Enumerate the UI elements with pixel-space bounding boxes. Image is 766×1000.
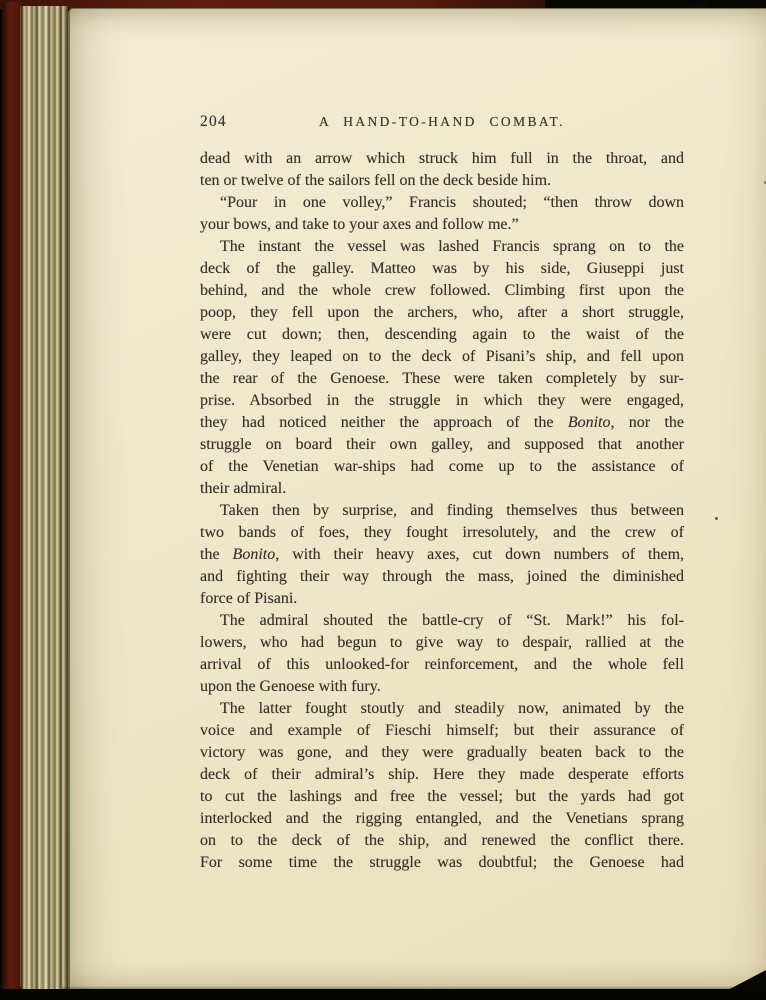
text-line: dead with an arrow which struck him full… bbox=[200, 148, 684, 170]
text-line: The admiral shouted the battle-cry of “S… bbox=[200, 610, 684, 632]
page-text-block: 204 A HAND-TO-HAND COMBAT. dead with an … bbox=[200, 113, 684, 874]
text-line: the Bonito, with their heavy axes, cut d… bbox=[200, 544, 684, 566]
text-line: For some time the struggle was doubtful;… bbox=[200, 852, 684, 874]
background-bottom bbox=[0, 989, 766, 1000]
text-line: of the Venetian war-ships had come up to… bbox=[200, 456, 684, 478]
text-line: they had noticed neither the approach of… bbox=[200, 412, 684, 434]
text-line: interlocked and the rigging entangled, a… bbox=[200, 808, 684, 830]
text-line: lowers, who had begun to give way to des… bbox=[200, 632, 684, 654]
running-head: A HAND-TO-HAND COMBAT. bbox=[319, 114, 565, 129]
text-line: ten or twelve of the sailors fell on the… bbox=[200, 170, 684, 192]
page-edges-stack bbox=[20, 6, 68, 994]
text-line: “Pour in one volley,” Francis shouted; “… bbox=[200, 192, 684, 214]
page-number: 204 bbox=[200, 113, 227, 131]
text-line: galley, they leaped on to the deck of Pi… bbox=[200, 346, 684, 368]
book-page: 204 A HAND-TO-HAND COMBAT. dead with an … bbox=[68, 8, 766, 990]
text-line: victory was gone, and they were graduall… bbox=[200, 742, 684, 764]
text-line: prise. Absorbed in the struggle in which… bbox=[200, 390, 684, 412]
text-line: deck of the galley. Matteo was by his si… bbox=[200, 258, 684, 280]
text-line: on to the deck of the ship, and renewed … bbox=[200, 830, 684, 852]
body-text: dead with an arrow which struck him full… bbox=[200, 148, 684, 874]
text-line: upon the Genoese with fury. bbox=[200, 676, 684, 698]
text-line: The instant the vessel was lashed Franci… bbox=[200, 236, 684, 258]
text-line: behind, and the whole crew followed. Cli… bbox=[200, 280, 684, 302]
text-line: Taken then by surprise, and finding them… bbox=[200, 500, 684, 522]
text-line: your bows, and take to your axes and fol… bbox=[200, 214, 684, 236]
book-scan-photo: 204 A HAND-TO-HAND COMBAT. dead with an … bbox=[0, 0, 766, 1000]
text-line: poop, they fell upon the archers, who, a… bbox=[200, 302, 684, 324]
book-cover-spine bbox=[2, 2, 20, 996]
text-line: arrival of this unlooked-for reinforceme… bbox=[200, 654, 684, 676]
text-line: and fighting their way through the mass,… bbox=[200, 566, 684, 588]
text-line: deck of their admiral’s ship. Here they … bbox=[200, 764, 684, 786]
text-line: to cut the lashings and free the vessel;… bbox=[200, 786, 684, 808]
text-line: The latter fought stoutly and steadily n… bbox=[200, 698, 684, 720]
paper-speck bbox=[715, 517, 718, 520]
text-line: their admiral. bbox=[200, 478, 684, 500]
text-line: force of Pisani. bbox=[200, 588, 684, 610]
text-line: struggle on board their own galley, and … bbox=[200, 434, 684, 456]
text-line: two bands of foes, they fought irresolut… bbox=[200, 522, 684, 544]
text-line: voice and example of Fieschi himself; bu… bbox=[200, 720, 684, 742]
page-header: 204 A HAND-TO-HAND COMBAT. bbox=[200, 113, 684, 132]
text-line: the rear of the Genoese. These were take… bbox=[200, 368, 684, 390]
text-line: were cut down; then, descending again to… bbox=[200, 324, 684, 346]
